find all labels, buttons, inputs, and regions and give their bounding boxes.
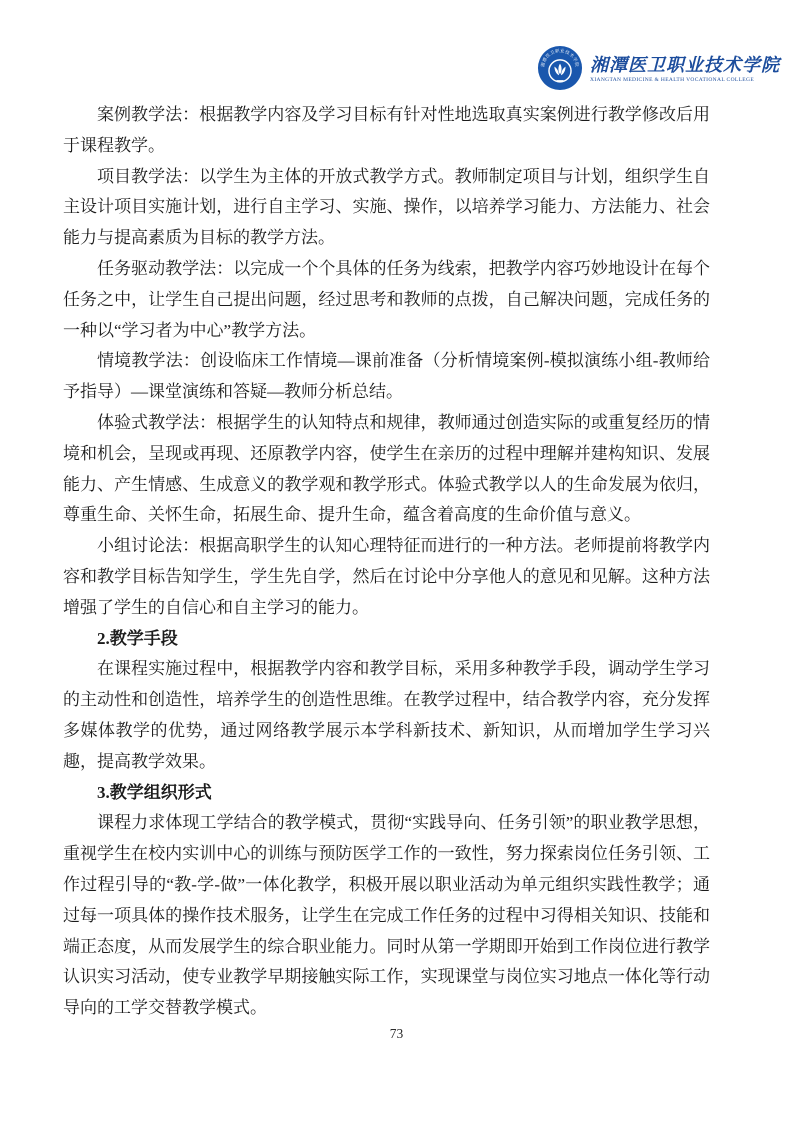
- body-paragraph: 案例教学法：根据教学内容及学习目标有针对性地选取真实案例进行教学修改后用于课程教…: [63, 100, 710, 162]
- body-paragraph: 项目教学法：以学生为主体的开放式教学方式。教师制定项目与计划，组织学生自主设计项…: [63, 162, 710, 254]
- college-name-zh: 湘潭医卫职业技术学院: [590, 54, 780, 76]
- college-logo: 湘潭医卫职业技术学院 湘潭医卫职业技术学院 XIANGTAN MEDICINE …: [537, 45, 780, 91]
- section-heading: 2.教学手段: [63, 624, 710, 655]
- college-seal-icon: 湘潭医卫职业技术学院: [537, 45, 583, 91]
- body-paragraph: 任务驱动教学法：以完成一个个具体的任务为线索，把教学内容巧妙地设计在每个任务之中…: [63, 254, 710, 346]
- body-paragraph: 情境教学法：创设临床工作情境—课前准备（分析情境案例-模拟演练小组-教师给予指导…: [63, 346, 710, 408]
- document-body: 案例教学法：根据教学内容及学习目标有针对性地选取真实案例进行教学修改后用于课程教…: [63, 100, 710, 1024]
- body-paragraph: 课程力求体现工学结合的教学模式，贯彻“实践导向、任务引领”的职业教学思想，重视学…: [63, 808, 710, 1024]
- document-page: 湘潭医卫职业技术学院 湘潭医卫职业技术学院 XIANGTAN MEDICINE …: [0, 0, 793, 1122]
- college-name-block: 湘潭医卫职业技术学院 XIANGTAN MEDICINE & HEALTH VO…: [590, 54, 780, 83]
- body-paragraph: 小组讨论法：根据高职学生的认知心理特征而进行的一种方法。老师提前将教学内容和教学…: [63, 531, 710, 623]
- body-paragraph: 在课程实施过程中，根据教学内容和教学目标，采用多种教学手段，调动学生学习的主动性…: [63, 654, 710, 777]
- college-name-en: XIANGTAN MEDICINE & HEALTH VOCATIONAL CO…: [590, 77, 780, 83]
- page-number: 73: [0, 1026, 793, 1042]
- section-heading: 3.教学组织形式: [63, 778, 710, 809]
- body-paragraph: 体验式教学法：根据学生的认知特点和规律，教师通过创造实际的或重复经历的情境和机会…: [63, 408, 710, 531]
